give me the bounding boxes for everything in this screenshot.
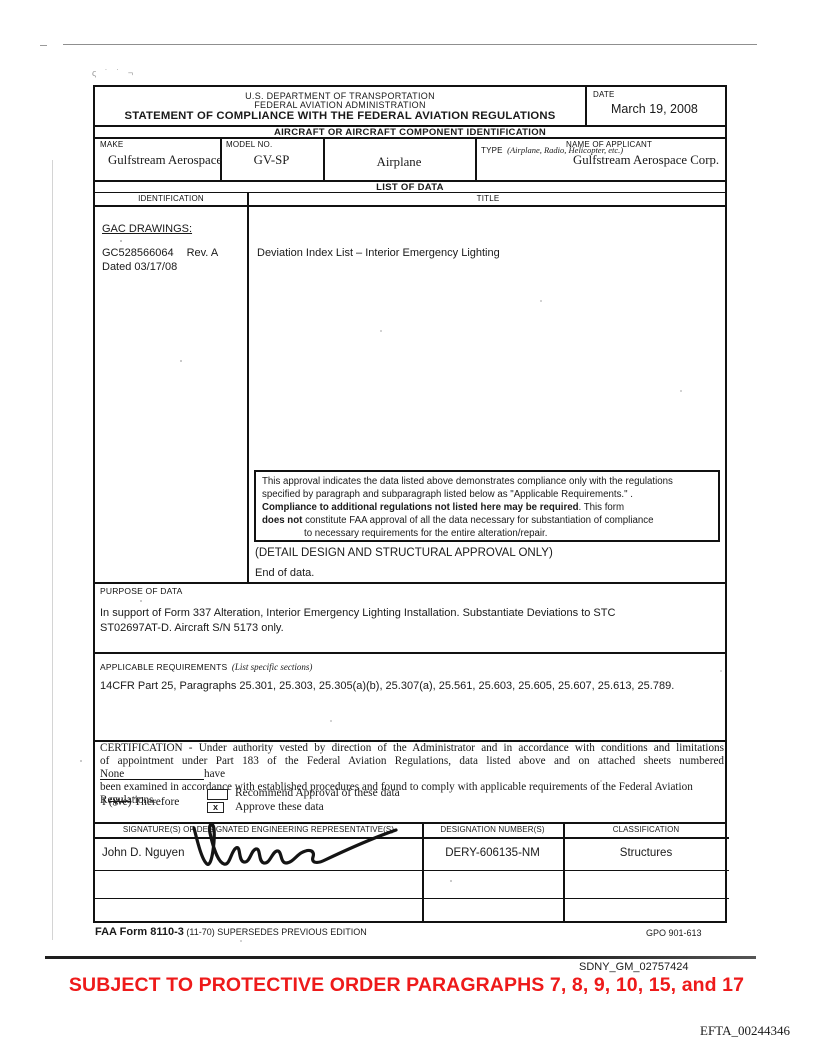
date-label: DATE <box>593 90 615 99</box>
type-value: Airplane <box>323 155 475 170</box>
designation-number: DERY-606135-NM <box>422 847 563 859</box>
designation-col-header: DESIGNATION NUMBER(S) <box>422 825 563 834</box>
model-value: GV-SP <box>220 153 323 168</box>
purpose-body: In support of Form 337 Alteration, Inter… <box>100 606 720 636</box>
bates-number-top: SDNY_GM_02757424 <box>579 961 688 973</box>
approval-line1: This approval indicates the data listed … <box>262 476 712 489</box>
signature-scribble <box>184 818 402 873</box>
scan-top-dash <box>40 45 47 46</box>
checkbox-recommend-label: Recommend Approval of these data <box>235 787 400 799</box>
scan-top-rule <box>63 44 757 45</box>
approval-notice-box: This approval indicates the data listed … <box>254 470 720 542</box>
drawing-id-line: GC528566064Rev. A <box>102 246 218 261</box>
divider <box>247 192 249 205</box>
approval-line3: Compliance to additional regulations not… <box>262 502 712 515</box>
protective-order-stamp: SUBJECT TO PROTECTIVE ORDER PARAGRAPHS 7… <box>0 974 813 997</box>
col-title: TITLE <box>247 194 729 203</box>
approval-line2: specified by paragraph and subparagraph … <box>262 489 712 502</box>
applicable-label: APPLICABLE REQUIREMENTS <box>100 662 227 672</box>
drawing-dated: Dated 03/17/08 <box>102 260 177 275</box>
bates-number-bottom: EFTA_00244346 <box>700 1023 790 1039</box>
purpose-section: PURPOSE OF DATA In support of Form 337 A… <box>95 582 729 652</box>
type-label: TYPE <box>481 146 503 155</box>
classification-value: Structures <box>563 847 729 859</box>
detail-design-line: (DETAIL DESIGN AND STRUCTURAL APPROVAL O… <box>255 547 553 559</box>
bottom-rule <box>45 956 756 959</box>
applicable-label-wrap: APPLICABLE REQUIREMENTS (List specific s… <box>100 657 312 675</box>
approval-line5: to necessary requirements for the entire… <box>262 528 712 541</box>
pencil-mark: ς ˙ ˙ ¬ <box>92 68 136 78</box>
gpo-number: GPO 901-613 <box>646 928 702 938</box>
divider <box>475 137 477 180</box>
col-identification: IDENTIFICATION <box>95 194 247 203</box>
cert-line1: CERTIFICATION - Under authority vested b… <box>100 742 724 755</box>
form-title: STATEMENT OF COMPLIANCE WITH THE FEDERAL… <box>95 110 585 122</box>
signer-name: John D. Nguyen <box>102 847 184 859</box>
applicant-label: NAME OF APPLICANT <box>566 140 652 149</box>
checkbox-recommend[interactable] <box>207 789 228 800</box>
dept-line2: FEDERAL AVIATION ADMINISTRATION <box>95 100 585 110</box>
signature-table: SIGNATURE(S) OF DESIGNATED ENGINEERING R… <box>95 822 729 923</box>
faa-form-8110-3: U.S. DEPARTMENT OF TRANSPORTATION FEDERA… <box>93 85 727 923</box>
checkbox-approve[interactable]: x <box>207 802 224 813</box>
applicant-value: Gulfstream Aerospace Corp. <box>573 153 719 168</box>
make-value: Gulfstream Aerospace <box>108 153 222 168</box>
applicable-label-note: (List specific sections) <box>232 662 313 672</box>
header-agency-cell: U.S. DEPARTMENT OF TRANSPORTATION FEDERA… <box>95 87 587 125</box>
cert-line3: been examined in accordance with establi… <box>100 781 724 807</box>
list-body: GAC DRAWINGS: GC528566064Rev. A Dated 03… <box>95 205 729 582</box>
none-blank: None <box>100 769 204 780</box>
certification-section: CERTIFICATION - Under authority vested b… <box>95 740 729 822</box>
make-label: MAKE <box>100 140 123 149</box>
divider <box>247 205 249 582</box>
date-value: March 19, 2008 <box>611 102 698 116</box>
drawing-number: GC528566064 <box>102 247 174 259</box>
end-of-data-line: End of data. <box>255 567 314 579</box>
scan-left-edge-line <box>52 160 53 940</box>
list-header-row: IDENTIFICATION TITLE <box>95 192 729 205</box>
cert-line2: of appointment under Part 183 of the Fed… <box>100 755 724 781</box>
form-edition-note: (11-70) SUPERSEDES PREVIOUS EDITION <box>186 927 366 937</box>
checkbox-approve-label: Approve these data <box>235 801 324 813</box>
applicable-body: 14CFR Part 25, Paragraphs 25.301, 25.303… <box>100 679 724 694</box>
applicable-section: APPLICABLE REQUIREMENTS (List specific s… <box>95 652 729 740</box>
we-struck: (We) <box>109 796 132 808</box>
therefore-line: I (We) Therefore <box>102 796 179 808</box>
divider <box>95 898 729 899</box>
gac-drawings-heading: GAC DRAWINGS: <box>102 222 192 237</box>
approval-line4: does not constitute FAA approval of all … <box>262 515 712 528</box>
drawing-title: Deviation Index List – Interior Emergenc… <box>257 246 500 261</box>
form-number: FAA Form 8110-3 <box>95 926 184 938</box>
certification-paragraph: CERTIFICATION - Under authority vested b… <box>100 742 724 807</box>
model-label: MODEL NO. <box>226 140 272 149</box>
purpose-label: PURPOSE OF DATA <box>100 586 183 596</box>
scanned-document-page: ς ˙ ˙ ¬ U.S. DEPARTMENT OF TRANSPORTATIO… <box>0 0 813 1055</box>
classification-col-header: CLASSIFICATION <box>563 825 729 834</box>
date-cell: DATE March 19, 2008 <box>587 87 729 125</box>
drawing-rev: Rev. A <box>187 247 219 259</box>
form-footer-line: FAA Form 8110-3 (11-70) SUPERSEDES PREVI… <box>95 926 367 938</box>
